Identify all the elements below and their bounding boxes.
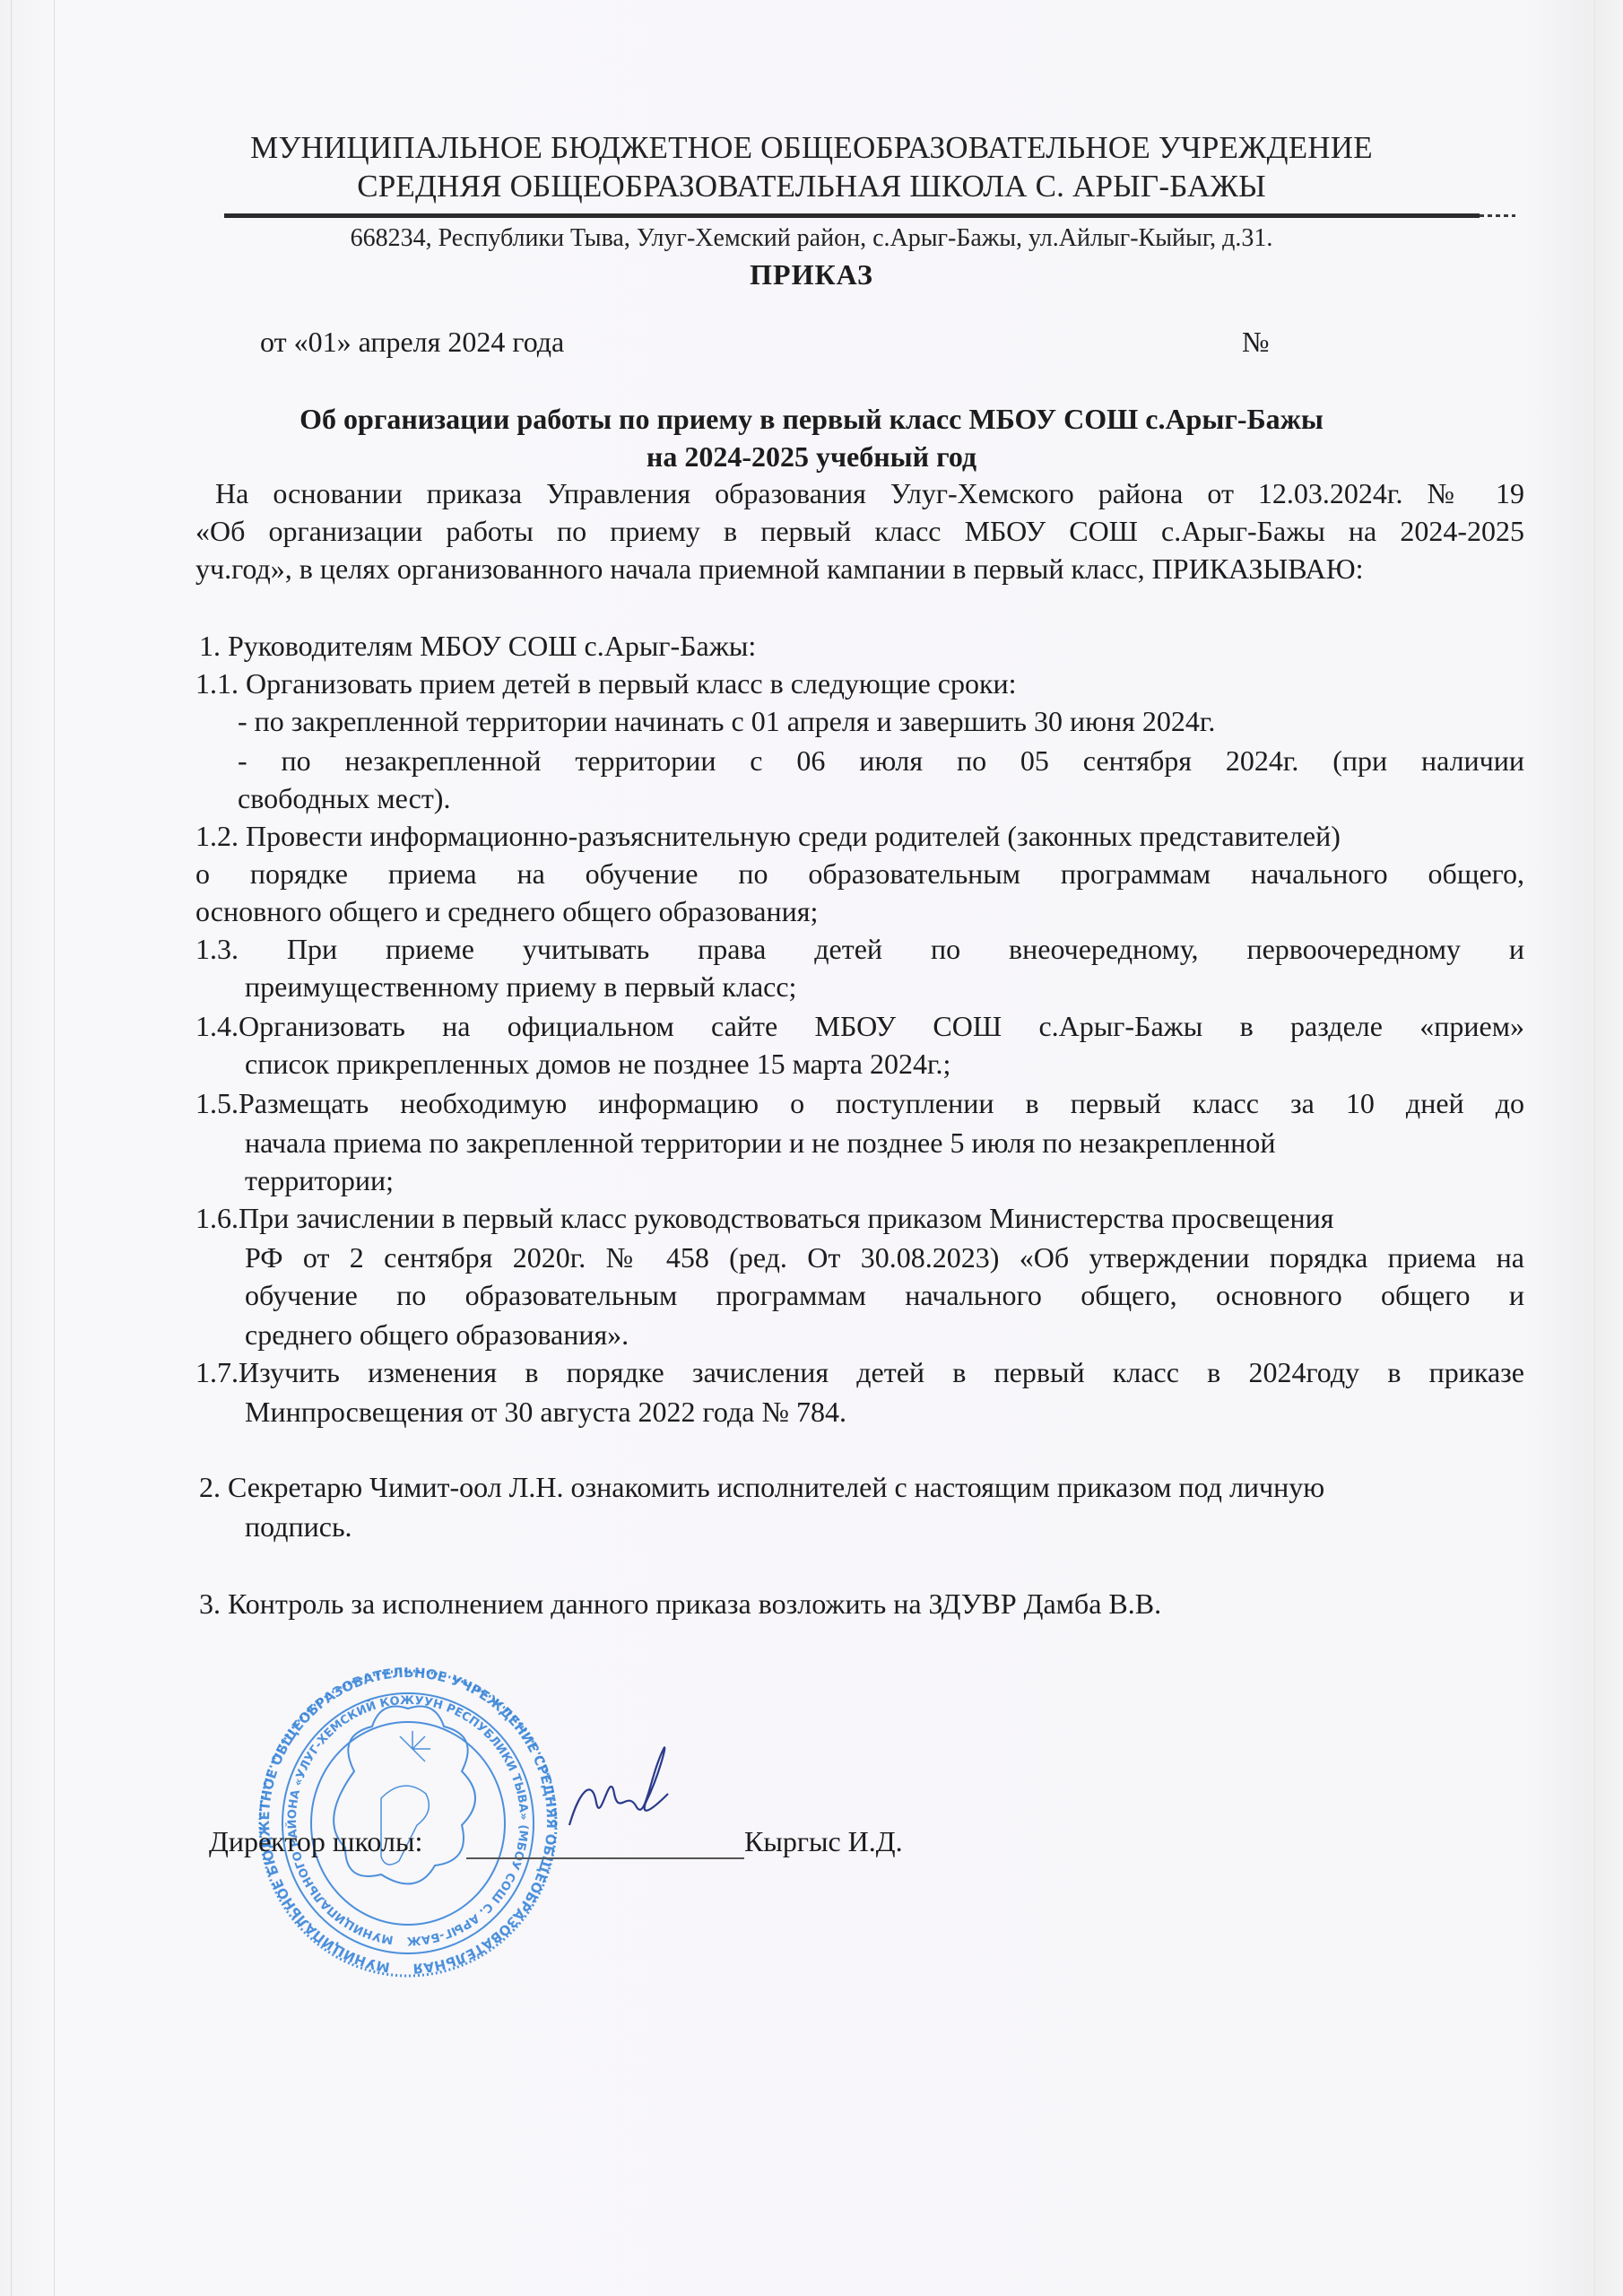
item-1-1-a: - по закрепленной территории начинать с … xyxy=(238,705,1567,738)
scan-edge-left xyxy=(11,0,12,2296)
item-1-4: 1.4.Организовать на официальном сайте МБ… xyxy=(195,1010,1524,1043)
org-name-line1: МУНИЦИПАЛЬНОЕ БЮДЖЕТНОЕ ОБЩЕОБРАЗОВАТЕЛЬ… xyxy=(0,128,1623,168)
item-1-6-cont: обучение по образовательным программам н… xyxy=(245,1279,1524,1312)
item-1-1-b-cont: свободных мест). xyxy=(238,782,1567,815)
item-1-5: 1.5.Размещать необходимую информацию о п… xyxy=(195,1087,1524,1120)
order-number-label: № xyxy=(1242,326,1270,359)
item-2: 2. Секретарю Чимит-оол Л.Н. ознакомить и… xyxy=(199,1471,1528,1504)
item-1-7: 1.7.Изучить изменения в порядке зачислен… xyxy=(195,1356,1524,1389)
item-1-3-cont: преимущественному приему в первый класс; xyxy=(245,970,1524,1004)
signature-line xyxy=(466,1857,744,1859)
preamble-line: На основании приказа Управления образова… xyxy=(215,477,1524,510)
svg-text:МУНИЦИПАЛЬНОЕ БЮДЖЕТНОЕ ОБЩЕОБ: МУНИЦИПАЛЬНОЕ БЮДЖЕТНОЕ ОБЩЕОБРАЗОВАТЕЛЬ… xyxy=(256,1664,560,1977)
order-title-line2: на 2024-2025 учебный год xyxy=(0,438,1623,475)
item-1-2: 1.2. Провести информационно-разъяснитель… xyxy=(195,820,1524,853)
item-1-3: 1.3. При приеме учитывать права детей по… xyxy=(195,933,1524,966)
org-name-line2: СРЕДНЯЯ ОБЩЕОБРАЗОВАТЕЛЬНАЯ ШКОЛА С. АРЫ… xyxy=(0,167,1623,206)
item-1-6: 1.6.При зачислении в первый класс руково… xyxy=(195,1202,1524,1235)
letterhead-rule-tail xyxy=(1480,214,1515,217)
item-1-2-cont: основного общего и среднего общего образ… xyxy=(195,895,1524,928)
signature-scribble-icon xyxy=(560,1740,677,1839)
order-date: от «01» апреля 2024 года xyxy=(260,326,564,359)
item-1-5-cont: территории; xyxy=(245,1164,1524,1197)
scan-edge-left-inner xyxy=(54,0,55,2296)
item-1-7-cont: Минпросвещения от 30 августа 2022 года №… xyxy=(245,1396,1524,1429)
document-type: ПРИКАЗ xyxy=(0,258,1623,291)
item-1-4-cont: список прикрепленных домов не позднее 15… xyxy=(245,1048,1524,1081)
document-page: МУНИЦИПАЛЬНОЕ БЮДЖЕТНОЕ ОБЩЕОБРАЗОВАТЕЛЬ… xyxy=(0,0,1623,2296)
item-1-1: 1.1. Организовать прием детей в первый к… xyxy=(195,667,1524,700)
item-3: 3. Контроль за исполнением данного прика… xyxy=(199,1587,1528,1621)
signatory-name: Кыргыс И.Д. xyxy=(744,1825,903,1858)
org-address: 668234, Республики Тыва, Улуг-Хемский ра… xyxy=(0,224,1623,253)
order-title-line1: Об организации работы по приему в первый… xyxy=(0,400,1623,438)
item-2-cont: подпись. xyxy=(245,1510,1524,1544)
signature-label: Директор школы: xyxy=(209,1825,422,1858)
item-1-2-cont: о порядке приема на обучение по образова… xyxy=(195,857,1524,891)
preamble-line: уч.год», в целях организованного начала … xyxy=(195,552,1524,586)
item-1-6-cont: среднего общего образования». xyxy=(245,1318,1524,1352)
item-1-1-b: - по незакрепленной территории с 06 июля… xyxy=(238,744,1524,778)
order-title: Об организации работы по приему в первый… xyxy=(0,400,1623,475)
item-1-6-cont: РФ от 2 сентября 2020г. № 458 (ред. От 3… xyxy=(245,1241,1524,1274)
letterhead-rule xyxy=(224,213,1480,218)
preamble-line: «Об организации работы по приему в первы… xyxy=(195,515,1524,548)
item-1-heading: 1. Руководителям МБОУ СОШ с.Арыг-Бажы: xyxy=(199,630,1528,663)
item-1-5-cont: начала приема по закрепленной территории… xyxy=(245,1126,1524,1160)
scan-edge-right xyxy=(1594,0,1595,2296)
